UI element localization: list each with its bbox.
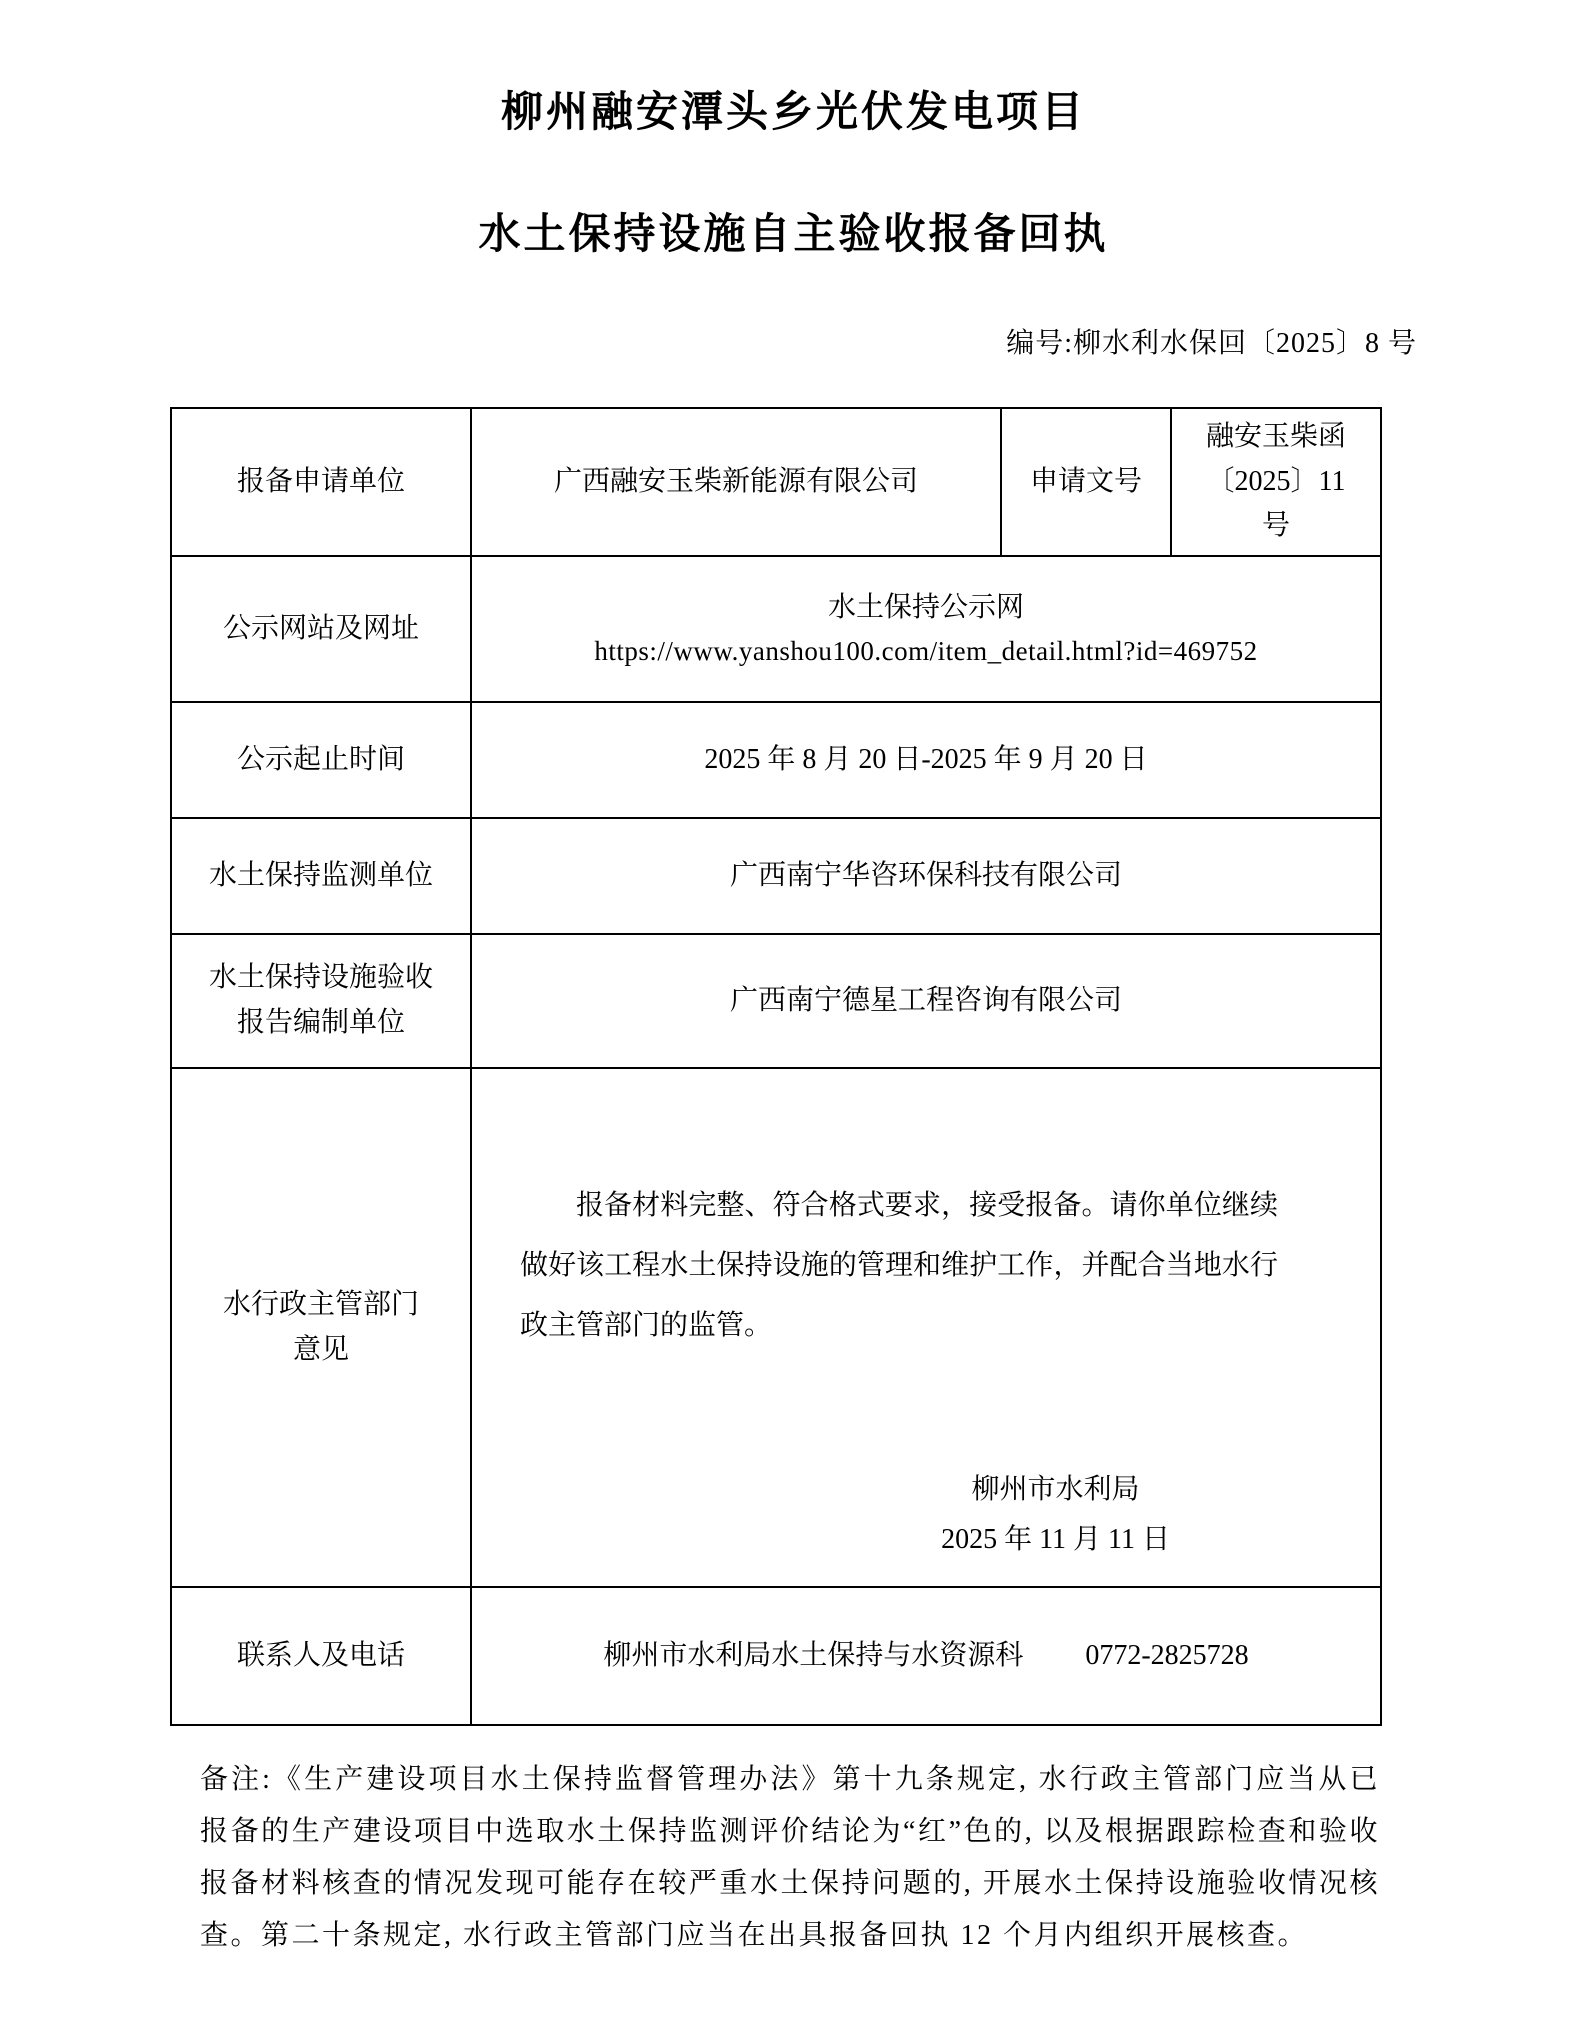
table-row-contact: 联系人及电话 柳州市水利局水土保持与水资源科 0772-2825728 (171, 1587, 1381, 1725)
application-doc-no-value: 融安玉柴函 〔2025〕11 号 (1171, 408, 1381, 556)
document-number: 编号:柳水利水保回〔2025〕8 号 (170, 321, 1417, 361)
receipt-form-table: 报备申请单位 广西融安玉柴新能源有限公司 申请文号 融安玉柴函 〔2025〕11… (170, 407, 1382, 1726)
contact-label: 联系人及电话 (171, 1587, 471, 1725)
doc-no-line: 号 (1182, 504, 1370, 549)
report-unit-label-line: 报告编制单位 (182, 1001, 460, 1046)
applicant-label: 报备申请单位 (171, 408, 471, 556)
authority-opinion-label-line: 意见 (182, 1328, 460, 1373)
contact-department: 柳州市水利局水土保持与水资源科 (603, 1640, 1023, 1671)
doc-no-line: 〔2025〕11 (1182, 460, 1370, 505)
website-label: 公示网站及网址 (171, 556, 471, 702)
table-row-authority-opinion: 水行政主管部门 意见 报备材料完整、符合格式要求，接受报备。请你单位继续做好该工… (171, 1068, 1381, 1587)
signature-date: 2025 年 11 月 11 日 (941, 1515, 1170, 1565)
contact-value-cell: 柳州市水利局水土保持与水资源科 0772-2825728 (471, 1587, 1381, 1725)
authority-opinion-label: 水行政主管部门 意见 (171, 1068, 471, 1587)
table-row-publicity-period: 公示起止时间 2025 年 8 月 20 日-2025 年 9 月 20 日 (171, 702, 1381, 818)
table-row-applicant: 报备申请单位 广西融安玉柴新能源有限公司 申请文号 融安玉柴函 〔2025〕11… (171, 408, 1381, 556)
monitoring-unit-value: 广西南宁华咨环保科技有限公司 (471, 818, 1381, 934)
page-title-line2: 水土保持设施自主验收报备回执 (170, 210, 1417, 260)
signature-organization: 柳州市水利局 (941, 1465, 1170, 1515)
publicity-period-label: 公示起止时间 (171, 702, 471, 818)
authority-opinion-cell: 报备材料完整、符合格式要求，接受报备。请你单位继续做好该工程水土保持设施的管理和… (471, 1068, 1381, 1587)
applicant-value: 广西融安玉柴新能源有限公司 (471, 408, 1001, 556)
table-row-report-unit: 水土保持设施验收 报告编制单位 广西南宁德星工程咨询有限公司 (171, 934, 1381, 1068)
page-title-line1: 柳州融安潭头乡光伏发电项目 (170, 88, 1417, 138)
report-unit-label-line: 水土保持设施验收 (182, 956, 460, 1001)
application-doc-no-label: 申请文号 (1001, 408, 1171, 556)
table-row-monitoring-unit: 水土保持监测单位 广西南宁华咨环保科技有限公司 (171, 818, 1381, 934)
table-row-website: 公示网站及网址 水土保持公示网 https://www.yanshou100.c… (171, 556, 1381, 702)
doc-no-line: 融安玉柴函 (1182, 415, 1370, 460)
website-value: 水土保持公示网 https://www.yanshou100.com/item_… (471, 556, 1381, 702)
publicity-period-value: 2025 年 8 月 20 日-2025 年 9 月 20 日 (471, 702, 1381, 818)
authority-opinion-label-line: 水行政主管部门 (182, 1283, 460, 1328)
monitoring-unit-label: 水土保持监测单位 (171, 818, 471, 934)
website-site-name: 水土保持公示网 (482, 586, 1370, 631)
report-unit-label: 水土保持设施验收 报告编制单位 (171, 934, 471, 1068)
document-page: 柳州融安潭头乡光伏发电项目 水土保持设施自主验收报备回执 编号:柳水利水保回〔2… (0, 0, 1587, 2033)
footer-note: 备注:《生产建设项目水土保持监督管理办法》第十九条规定, 水行政主管部门应当从已… (200, 1754, 1380, 1962)
report-unit-value: 广西南宁德星工程咨询有限公司 (471, 934, 1381, 1068)
authority-opinion-text: 报备材料完整、符合格式要求，接受报备。请你单位继续做好该工程水土保持设施的管理和… (520, 1176, 1278, 1357)
website-url: https://www.yanshou100.com/item_detail.h… (482, 631, 1370, 673)
signature-block: 柳州市水利局 2025 年 11 月 11 日 (941, 1465, 1170, 1566)
contact-phone-number: 0772-2825728 (1085, 1640, 1248, 1671)
